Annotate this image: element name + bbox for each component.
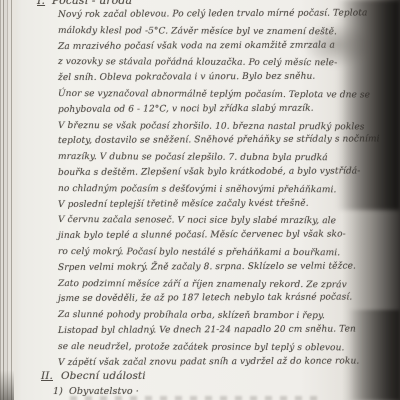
handwritten-line: Listopad byl chladný. Ve dnech 21-24 nap… xyxy=(58,324,356,336)
handwritten-line: žel sníh. Obleva pokračovala i v únoru. … xyxy=(58,72,315,83)
handwritten-line: V červnu začala senoseč. V noci sice byl… xyxy=(58,215,336,226)
handwritten-line: V březnu se však počasí zhoršilo. 10. bř… xyxy=(58,121,365,132)
handwritten-line: málokdy klesl pod -5°C. Závěr měsíce byl… xyxy=(58,26,337,37)
handwritten-line: jsme se dověděli, že až po 187 letech ne… xyxy=(58,293,352,305)
bottom-left-shadow xyxy=(0,370,14,400)
scan-shadow-right-bottom xyxy=(348,310,400,400)
section-2-numeral: II. xyxy=(41,370,53,382)
section-heading-1: I.Počasí - úroda xyxy=(37,0,132,7)
handwritten-line: Za slunné pohody probíhala orba, sklízeň… xyxy=(58,310,325,321)
scan-shadow-right-top xyxy=(336,0,400,210)
handwritten-line: Nový rok začal oblevou. Po celý leden tr… xyxy=(58,8,367,20)
cutoff-bottom-line-artifact xyxy=(70,396,320,400)
handwritten-line: no chladným počasím s dešťovými i sněhov… xyxy=(58,184,336,195)
scanned-handwritten-page: I.Počasí - úroda Nový rok začal oblevou.… xyxy=(0,0,400,400)
handwritten-line: Únor se vyznačoval abnormálně teplým poč… xyxy=(58,89,370,100)
section-1-numeral: I. xyxy=(37,0,45,7)
handwritten-line: V poslední teplejší třetině měsíce začal… xyxy=(58,198,309,209)
handwritten-line: z vozovky se stávala pořádná klouzačka. … xyxy=(58,57,337,68)
handwritten-line: teploty, dostavilo se sněžení. Sněhové p… xyxy=(58,135,380,147)
handwritten-line: mrazíky. V dubnu se počasí zlepšilo. 7. … xyxy=(58,152,328,163)
handwritten-line: Srpen velmi mokrý. Žně začaly 8. srpna. … xyxy=(58,261,356,273)
section-2-title: Obecní události xyxy=(61,370,146,382)
section-1-title: Počasí - úroda xyxy=(52,0,132,7)
handwritten-line: se ale neudržel, protože začátek prosinc… xyxy=(58,342,344,353)
subsection-1-numeral: 1) xyxy=(53,386,63,397)
handwritten-line: Za mrazivého počasí však voda na zemi ok… xyxy=(58,40,335,51)
handwritten-line: pohybovala od 6 - 12°C, v noci byl zřídk… xyxy=(58,103,314,114)
section-heading-2: II.Obecní události xyxy=(41,370,146,382)
page-edge-streaks xyxy=(0,0,16,400)
handwritten-line: V zápětí však začal znovu padat sníh a v… xyxy=(58,356,359,368)
handwritten-line: ro celý mokrý. Počasí bylo nestálé s pře… xyxy=(58,247,340,258)
handwritten-line: bouřka s deštěm. Zlepšení však bylo krát… xyxy=(58,166,360,178)
handwritten-line: Zato podzimní měsíce září a říjen znamen… xyxy=(58,279,347,290)
handwritten-line: jinak bylo teplé a slunné počasí. Měsíc … xyxy=(58,230,346,242)
